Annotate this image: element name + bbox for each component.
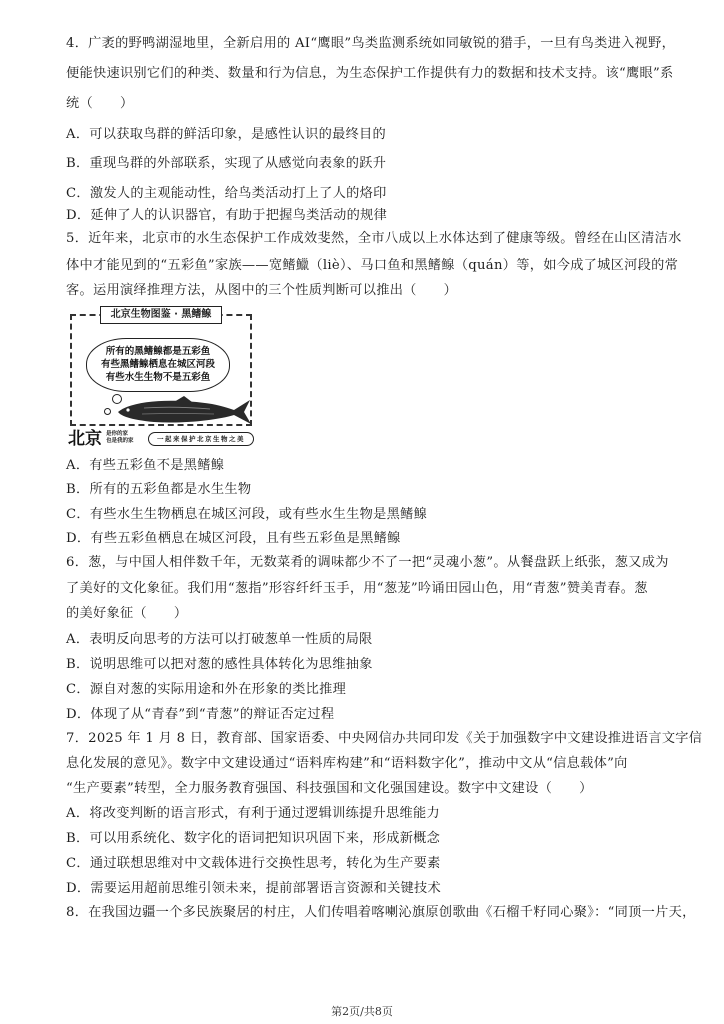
q4-option-d: D．延伸了人的认识器官，有助于把握鸟类活动的规律 [66, 208, 387, 224]
figure-city-label: 北京 [68, 430, 102, 448]
figure-small-slogan: 是你的家 也是我的家 [106, 431, 134, 445]
q7-option-b: B．可以用系统化、数字化的语词把知识巩固下来，形成新概念 [66, 831, 440, 847]
q5-option-d: D．有些五彩鱼栖息在城区河段，且有些五彩鱼是黑鳍鳈 [66, 531, 401, 547]
q6-option-b: B．说明思维可以把对葱的感性具体转化为思维抽象 [66, 657, 373, 673]
q5-option-c: C．有些水生生物栖息在城区河段，或有些水生生物是黑鳍鳈 [66, 507, 427, 523]
q6-stem-line-3: 的美好象征（ ） [66, 606, 187, 622]
cloud-premise-2: 有些黑鳍鳈栖息在城区河段 [87, 358, 229, 371]
q4-stem-line-2: 便能快速识别它们的种类、数量和行为信息，为生态保护工作提供有力的数据和技术支持。… [66, 66, 674, 82]
q5-option-b: B．所有的五彩鱼都是水生生物 [66, 482, 251, 498]
q7-stem-line-3: “生产要素”转型，全力服务教育强国、科技强国和文化强国建设。数字中文建设（ ） [66, 781, 593, 797]
q4-stem-line-3: 统（ ） [66, 96, 133, 112]
q5-stem-line-2: 体中才能见到的“五彩鱼”家族——宽鳍鱲（liè）、马口鱼和黑鳍鳈（quán）等，… [66, 258, 678, 274]
q6-option-d: D．体现了从“青春”到“青葱”的辩证否定过程 [66, 707, 334, 723]
small-slogan-line-1: 是你的家 [106, 431, 134, 438]
q6-option-a: A．表明反向思考的方法可以打破葱单一性质的局限 [66, 632, 373, 648]
q4-option-a: A．可以获取鸟群的鲜活印象，是感性认识的最终目的 [66, 127, 386, 143]
q4-option-b: B．重现鸟群的外部联系，实现了从感觉向表象的跃升 [66, 156, 386, 172]
q4-stem-line-1: 4．广袤的野鸭湖湿地里，全新启用的 AI“鹰眼”鸟类监测系统如同敏锐的猎手，一旦… [66, 36, 675, 52]
q5-option-a: A．有些五彩鱼不是黑鳍鳈 [66, 458, 224, 474]
cloud-premise-3: 有些水生生物不是五彩鱼 [87, 371, 229, 384]
q4-option-c: C．激发人的主观能动性，给鸟类活动打上了人的烙印 [66, 186, 387, 202]
thought-bubble-small [104, 408, 111, 415]
q5-stem-line-1: 5．近年来，北京市的水生态保护工作成效斐然，全市八成以上水体达到了健康等级。曾经… [66, 231, 682, 247]
q6-stem-line-2: 了美好的文化象征。我们用“葱指”形容纤纤玉手，用“葱茏”吟诵田园山色，用“青葱”… [66, 581, 648, 597]
page-number: 第2页/共8页 [0, 1003, 724, 1019]
q7-stem-line-2: 息化发展的意见》。数字中文建设通过“语料库构建”和“语料数字化”，推动中文从“信… [66, 756, 628, 772]
thought-cloud: 所有的黑鳍鳈都是五彩鱼 有些黑鳍鳈栖息在城区河段 有些水生生物不是五彩鱼 [86, 338, 230, 392]
q5-stem-line-3: 客。运用演绎推理方法，从图中的三个性质判断可以推出（ ） [66, 283, 457, 299]
small-slogan-line-2: 也是我的家 [106, 438, 134, 445]
q7-stem-line-1: 7．2025 年 1 月 8 日，教育部、国家语委、中央网信办共同印发《关于加强… [66, 731, 702, 747]
figure-title: 北京生物图鉴 · 黑鳍鳈 [100, 306, 222, 324]
q6-stem-line-1: 6．葱，与中国人相伴数千年，无数菜肴的调味都少不了一把“灵魂小葱”。从餐盘跃上纸… [66, 555, 669, 571]
q8-stem-line-1: 8．在我国边疆一个多民族聚居的村庄，人们传唱着喀喇沁旗原创歌曲《石榴千籽同心聚》… [66, 905, 696, 921]
figure-slogan-banner: 一起来保护北京生物之美 [148, 432, 254, 446]
q7-option-d: D．需要运用超前思维引领未来，提前部署语言资源和关键技术 [66, 881, 441, 897]
cloud-premise-1: 所有的黑鳍鳈都是五彩鱼 [87, 345, 229, 358]
q7-option-c: C．通过联想思维对中文载体进行交换性思考，转化为生产要素 [66, 856, 441, 872]
q7-option-a: A．将改变判断的语言形式，有利于通过逻辑训练提升思维能力 [66, 806, 440, 822]
q6-option-c: C．源自对葱的实际用途和外在形象的类比推理 [66, 682, 346, 698]
q5-figure-beijing-bio-guide: 北京生物图鉴 · 黑鳍鳈 所有的黑鳍鳈都是五彩鱼 有些黑鳍鳈栖息在城区河段 有些… [66, 304, 254, 450]
fish-illustration-icon [114, 396, 252, 426]
